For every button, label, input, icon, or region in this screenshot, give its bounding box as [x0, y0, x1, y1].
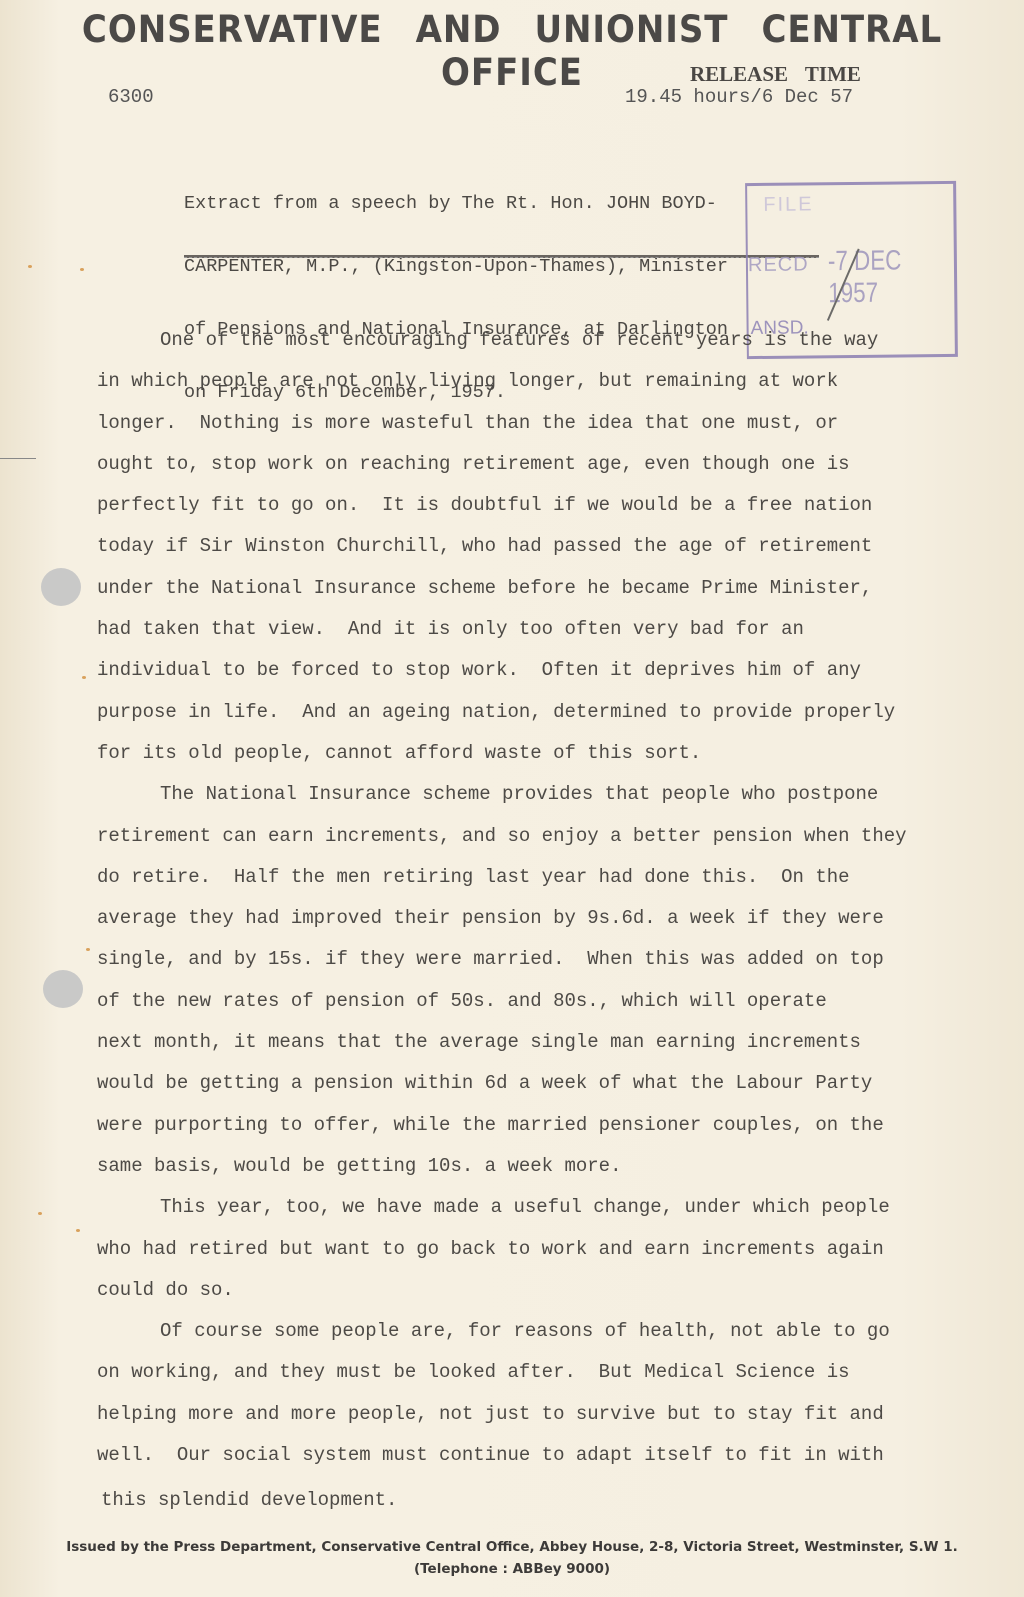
- body-line: This year, too, we have made a useful ch…: [97, 1187, 997, 1228]
- body-line: could do so.: [97, 1270, 997, 1311]
- body-line: helping more and more people, not just t…: [97, 1394, 997, 1435]
- footer-issued-by: Issued by the Press Department, Conserva…: [0, 1539, 1024, 1555]
- body-line: perfectly fit to go on. It is doubtful i…: [97, 485, 997, 526]
- document-page: CONSERVATIVE AND UNIONIST CENTRAL OFFICE…: [0, 0, 1024, 1597]
- body-line: The National Insurance scheme provides t…: [97, 774, 997, 815]
- stamp-date-text: -7 DEC 1957: [828, 244, 929, 309]
- rust-spot: [38, 1212, 42, 1215]
- body-line: today if Sir Winston Churchill, who had …: [97, 526, 997, 567]
- stamp-recd-text: RECD: [748, 253, 809, 277]
- body-line: Of course some people are, for reasons o…: [97, 1311, 997, 1352]
- body-line: purpose in life. And an ageing nation, d…: [97, 692, 997, 733]
- body-final-line: this splendid development.: [101, 1489, 397, 1511]
- body-line: retirement can earn increments, and so e…: [97, 816, 997, 857]
- body-line: individual to be forced to stop work. Of…: [97, 650, 997, 691]
- body-line: would be getting a pension within 6d a w…: [97, 1063, 997, 1104]
- body-line: single, and by 15s. if they were married…: [97, 939, 997, 980]
- footer-telephone: (Telephone : ABBey 9000): [0, 1561, 1024, 1577]
- rust-spot: [28, 265, 32, 268]
- rust-spot: [86, 948, 90, 951]
- rust-spot: [82, 676, 86, 679]
- margin-pencil-mark: [0, 458, 36, 459]
- body-line: One of the most encouraging features of …: [97, 320, 997, 361]
- body-line: longer. Nothing is more wasteful than th…: [97, 403, 997, 444]
- body-line: had taken that view. And it is only too …: [97, 609, 997, 650]
- body-line: of the new rates of pension of 50s. and …: [97, 981, 997, 1022]
- body-line: for its old people, cannot afford waste …: [97, 733, 997, 774]
- release-time-value: 19.45 hours/6 Dec 57: [625, 86, 853, 108]
- body-line: same basis, would be getting 10s. a week…: [97, 1146, 997, 1187]
- separator-rule: [184, 255, 819, 258]
- body-line: in which people are not only living long…: [97, 361, 997, 402]
- body-line: on working, and they must be looked afte…: [97, 1352, 997, 1393]
- speech-body: One of the most encouraging features of …: [97, 320, 997, 1476]
- punch-hole-icon: [43, 970, 83, 1008]
- intro-line: CARPENTER, M.P., (Kingston-Upon-Thames),…: [184, 256, 824, 277]
- body-line: next month, it means that the average si…: [97, 1022, 997, 1063]
- stamp-file-text: FILE: [763, 193, 813, 217]
- release-time-label: RELEASE TIME: [690, 62, 861, 87]
- body-line: do retire. Half the men retiring last ye…: [97, 857, 997, 898]
- body-line: who had retired but want to go back to w…: [97, 1229, 997, 1270]
- body-line: well. Our social system must continue to…: [97, 1435, 997, 1476]
- body-line: under the National Insurance scheme befo…: [97, 568, 997, 609]
- document-number: 6300: [108, 86, 154, 108]
- rust-spot: [80, 268, 84, 271]
- punch-hole-icon: [41, 568, 81, 606]
- body-line: average they had improved their pension …: [97, 898, 997, 939]
- body-line: were purporting to offer, while the marr…: [97, 1105, 997, 1146]
- body-line: ought to, stop work on reaching retireme…: [97, 444, 997, 485]
- rust-spot: [76, 1229, 80, 1232]
- intro-line: Extract from a speech by The Rt. Hon. JO…: [184, 193, 824, 214]
